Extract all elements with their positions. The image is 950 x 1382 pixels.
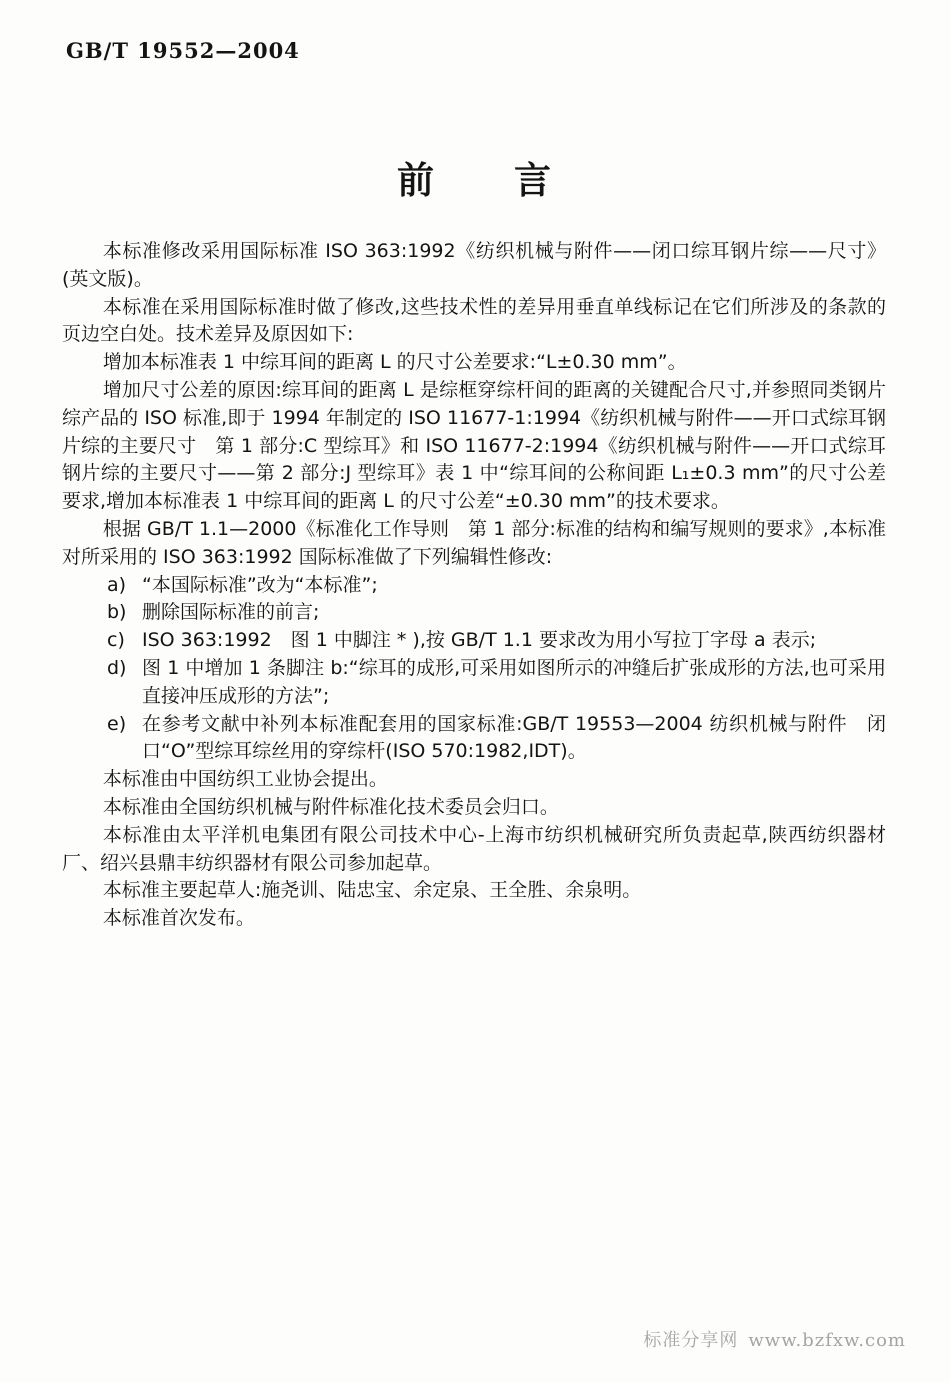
paragraph-editorial-intro: 根据 GB/T 1.1—2000《标准化工作导则 第 1 部分:标准的结构和编写…	[62, 516, 886, 572]
editorial-changes-list: a) “本国际标准”改为“本标准”; b) 删除国际标准的前言; c) ISO …	[62, 572, 886, 767]
paragraph-drafting-orgs: 本标准由太平洋机电集团有限公司技术中心-上海市纺织机械研究所负责起草,陕西纺织器…	[62, 822, 886, 878]
list-item-c: c) ISO 363:1992 图 1 中脚注 * ),按 GB/T 1.1 要…	[142, 627, 886, 655]
list-item-text: 在参考文献中补列本标准配套用的国家标准:GB/T 19553—2004 纺织机械…	[142, 713, 886, 763]
list-item-label: a)	[107, 572, 126, 600]
list-item-label: d)	[107, 655, 126, 683]
list-item-text: 删除国际标准的前言;	[142, 601, 319, 623]
watermark-site-name: 标准分享网	[643, 1330, 738, 1351]
list-item-text: “本国际标准”改为“本标准”;	[142, 574, 378, 596]
list-item-label: c)	[107, 627, 125, 655]
document-page: GB/T 19552—2004 前 言 本标准修改采用国际标准 ISO 363:…	[0, 0, 950, 1382]
foreword-body: 本标准修改采用国际标准 ISO 363:1992《纺织机械与附件——闭口综耳钢片…	[62, 238, 886, 933]
list-item-text: 图 1 中增加 1 条脚注 b:“综耳的成形,可采用如图所示的冲缝后扩张成形的方…	[142, 657, 886, 707]
list-item-e: e) 在参考文献中补列本标准配套用的国家标准:GB/T 19553—2004 纺…	[142, 711, 886, 767]
watermark-url: www.bzfxw.com	[748, 1330, 906, 1351]
list-item-b: b) 删除国际标准的前言;	[142, 599, 886, 627]
paragraph-centralized-by: 本标准由全国纺织机械与附件标准化技术委员会归口。	[62, 794, 886, 822]
paragraph-first-issue: 本标准首次发布。	[62, 905, 886, 933]
standard-number: GB/T 19552—2004	[66, 38, 300, 63]
list-item-text: ISO 363:1992 图 1 中脚注 * ),按 GB/T 1.1 要求改为…	[142, 629, 816, 651]
paragraph-drafters: 本标准主要起草人:施尧训、陆忠宝、余定泉、王全胜、余泉明。	[62, 877, 886, 905]
list-item-label: e)	[107, 711, 126, 739]
paragraph-modifications-intro: 本标准在采用国际标准时做了修改,这些技术性的差异用垂直单线标记在它们所涉及的条款…	[62, 294, 886, 350]
paragraph-adoption: 本标准修改采用国际标准 ISO 363:1992《纺织机械与附件——闭口综耳钢片…	[62, 238, 886, 294]
list-item-a: a) “本国际标准”改为“本标准”;	[142, 572, 886, 600]
list-item-label: b)	[107, 599, 126, 627]
page-title: 前 言	[0, 150, 950, 204]
paragraph-tolerance-added: 增加本标准表 1 中综耳间的距离 L 的尺寸公差要求:“L±0.30 mm”。	[62, 349, 886, 377]
paragraph-tolerance-reason: 增加尺寸公差的原因:综耳间的距离 L 是综框穿综杆间的距离的关键配合尺寸,并参照…	[62, 377, 886, 516]
list-item-d: d) 图 1 中增加 1 条脚注 b:“综耳的成形,可采用如图所示的冲缝后扩张成…	[142, 655, 886, 711]
paragraph-proposed-by: 本标准由中国纺织工业协会提出。	[62, 766, 886, 794]
watermark: 标准分享网www.bzfxw.com	[643, 1326, 906, 1352]
